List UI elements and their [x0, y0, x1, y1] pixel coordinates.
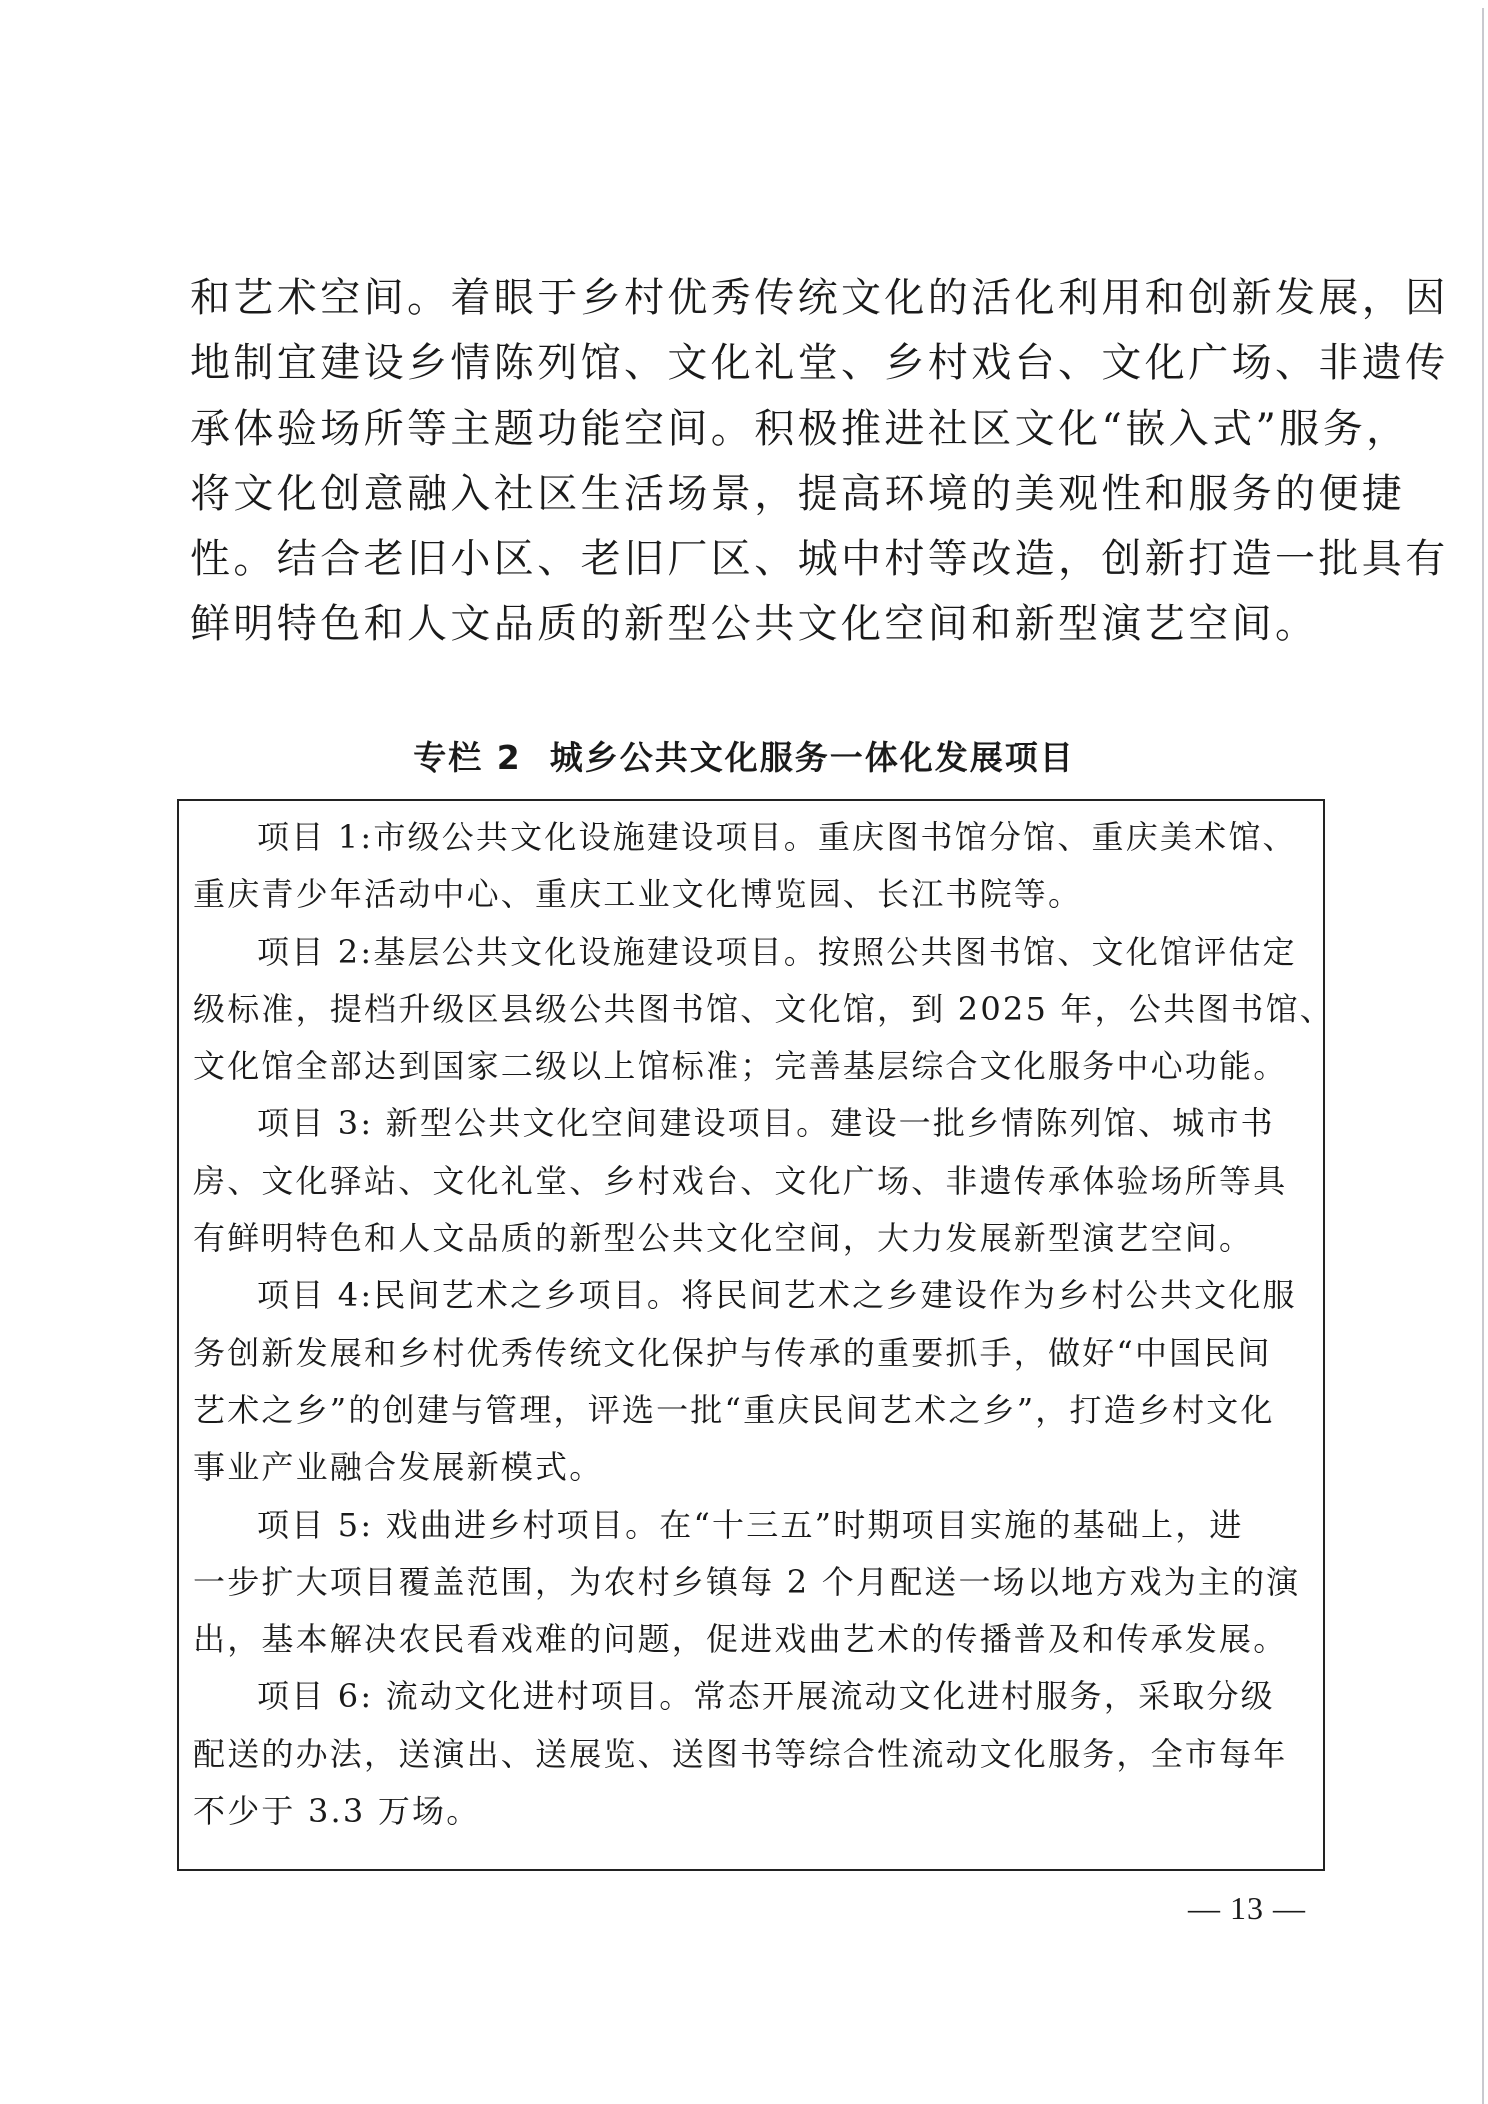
body-line: 地制宜建设乡情陈列馆、文化礼堂、乡村戏台、文化广场、非遗传	[190, 331, 1310, 396]
project-3-line: 有鲜明特色和人文品质的新型公共文化空间，大力发展新型演艺空间。	[193, 1210, 1311, 1267]
project-4-line: 务创新发展和乡村优秀传统文化保护与传承的重要抓手，做好“中国民间	[193, 1325, 1311, 1382]
project-5-line: 出，基本解决农民看戏难的问题，促进戏曲艺术的传播普及和传承发展。	[193, 1611, 1311, 1668]
column-heading: 城乡公共文化服务一体化发展项目	[550, 738, 1075, 777]
project-5-line: 一步扩大项目覆盖范围，为农村乡镇每 2 个月配送一场以地方戏为主的演	[193, 1554, 1311, 1611]
body-line: 鲜明特色和人文品质的新型公共文化空间和新型演艺空间。	[190, 592, 1310, 657]
project-2-line: 文化馆全部达到国家二级以上馆标准；完善基层综合文化服务中心功能。	[193, 1038, 1311, 1095]
project-2-line: 级标准，提档升级区县级公共图书馆、文化馆，到 2025 年，公共图书馆、	[193, 981, 1311, 1038]
project-4-line: 艺术之乡”的创建与管理，评选一批“重庆民间艺术之乡”，打造乡村文化	[193, 1382, 1311, 1439]
column-title: 专栏 2城乡公共文化服务一体化发展项目	[0, 734, 1488, 782]
project-3-line: 房、文化驿站、文化礼堂、乡村戏台、文化广场、非遗传承体验场所等具	[193, 1153, 1311, 1210]
project-4-line: 项目 4:民间艺术之乡项目。将民间艺术之乡建设作为乡村公共文化服	[193, 1267, 1311, 1324]
project-6-line: 不少于 3.3 万场。	[193, 1783, 1311, 1840]
body-paragraph: 和艺术空间。着眼于乡村优秀传统文化的活化利用和创新发展，因 地制宜建设乡情陈列馆…	[190, 266, 1310, 658]
project-6-line: 配送的办法，送演出、送展览、送图书等综合性流动文化服务，全市每年	[193, 1726, 1311, 1783]
project-1-line: 重庆青少年活动中心、重庆工业文化博览园、长江书院等。	[193, 866, 1311, 923]
body-line: 承体验场所等主题功能空间。积极推进社区文化“嵌入式”服务，	[190, 397, 1310, 462]
project-box: 项目 1:市级公共文化设施建设项目。重庆图书馆分馆、重庆美术馆、 重庆青少年活动…	[177, 799, 1325, 1871]
project-3-line: 项目 3: 新型公共文化空间建设项目。建设一批乡情陈列馆、城市书	[193, 1095, 1311, 1152]
body-line: 性。结合老旧小区、老旧厂区、城中村等改造，创新打造一批具有	[190, 527, 1310, 592]
project-5-line: 项目 5: 戏曲进乡村项目。在“十三五”时期项目实施的基础上，进	[193, 1497, 1311, 1554]
page-edge-shadow	[1482, 8, 1484, 2104]
page-number: — 13 —	[1188, 1888, 1306, 1928]
project-2-line: 项目 2:基层公共文化设施建设项目。按照公共图书馆、文化馆评估定	[193, 924, 1311, 981]
project-list: 项目 1:市级公共文化设施建设项目。重庆图书馆分馆、重庆美术馆、 重庆青少年活动…	[193, 809, 1311, 1840]
body-line: 和艺术空间。着眼于乡村优秀传统文化的活化利用和创新发展，因	[190, 266, 1310, 331]
project-6-line: 项目 6: 流动文化进村项目。常态开展流动文化进村服务，采取分级	[193, 1668, 1311, 1725]
column-label: 专栏 2	[413, 738, 521, 777]
project-1-line: 项目 1:市级公共文化设施建设项目。重庆图书馆分馆、重庆美术馆、	[193, 809, 1311, 866]
body-line: 将文化创意融入社区生活场景，提高环境的美观性和服务的便捷	[190, 462, 1310, 527]
project-4-line: 事业产业融合发展新模式。	[193, 1439, 1311, 1496]
